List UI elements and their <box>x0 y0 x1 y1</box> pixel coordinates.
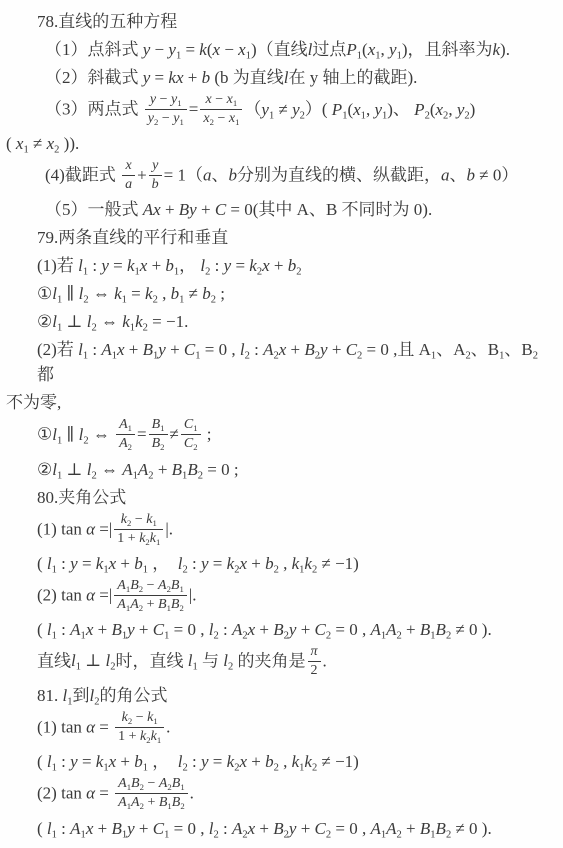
math-expression: l2 <box>90 686 100 705</box>
text-run: ）( <box>305 100 332 119</box>
text-run: （3）两点式 <box>45 100 143 119</box>
math-expression: + <box>137 166 147 185</box>
upright-math: B1 <box>488 340 505 359</box>
text-run: （ <box>244 100 261 119</box>
math-expression: ( x1 ≠ x2 )). <box>6 134 79 153</box>
math-expression: l1 ⊥ l2 ⇔ k1k2 = −1. <box>52 312 188 331</box>
math-expression: b <box>229 166 238 185</box>
upright-math: A1 <box>419 340 437 359</box>
fraction: A1B2 − A2B1A1A2 + B1B2 <box>114 578 187 613</box>
math-expression: |. <box>189 585 197 604</box>
text-run: 、 <box>393 100 414 119</box>
formula-line-21: 直线l1 ⊥ l2时，直线 l1 与 l2 的夹角是π2. <box>0 645 559 680</box>
text-run: (其中 A、B 不同时为 0). <box>253 200 432 219</box>
fraction: B1B2 <box>149 417 168 452</box>
formula-line-9: (1)若 l1 : y = k1x + b1， l2 : y = k2x + b… <box>0 253 559 278</box>
formula-line-1: 78.直线的五种方程 <box>0 9 559 34</box>
math-expression: ( l1 : A1x + B1y + C1 = 0 , l2 : A2x + B… <box>37 620 492 639</box>
math-expression: α =| <box>86 519 112 538</box>
formula-line-10: ①l1 ∥ l2 ⇔ k1 = k2 , b1 ≠ b2 ; <box>0 281 559 306</box>
text-run: ① <box>37 425 52 444</box>
math-expression: α = <box>86 784 113 803</box>
text-run: 、 <box>436 340 453 359</box>
math-expression: y − y1 = k(x − x1) <box>143 40 257 59</box>
formula-line-22: 81. l1到l2的角公式 <box>0 683 559 708</box>
text-run: 到 <box>73 686 90 705</box>
text-run: （1）点斜式 <box>45 40 143 59</box>
text-run: 直线 <box>37 651 71 670</box>
text-run: 不为零, <box>6 393 61 412</box>
text-run: (2) <box>37 585 61 604</box>
text-run: ， <box>179 256 200 275</box>
text-run: (1) <box>37 519 61 538</box>
math-expression: . <box>190 784 194 803</box>
math-expression: P1(x1, y1) <box>346 40 407 59</box>
text-run: (2) <box>37 784 61 803</box>
fraction: x − x1x2 − x1 <box>200 92 242 127</box>
upright-math: B2 <box>521 340 538 359</box>
upright-math: tan <box>61 784 86 803</box>
math-expression: y = kx + b <box>143 68 210 87</box>
formula-line-6: (4)截距式 xa+yb= 1（a、b分别为直线的横、纵截距，a、b ≠ 0） <box>0 159 559 194</box>
formula-line-4: （3）两点式 y − y1y2 − y1=x − x1x2 − x1（y1 ≠ … <box>0 93 559 128</box>
text-run: (1) <box>37 718 61 737</box>
upright-math: tan <box>61 519 86 538</box>
formula-line-16: 80.夹角公式 <box>0 485 559 510</box>
math-expression: b ≠ 0 <box>467 166 502 185</box>
fraction: A1B2 − A2B1A1A2 + B1B2 <box>115 776 188 811</box>
fraction: k2 − k11 + k2k1 <box>114 512 163 547</box>
text-run: ② <box>37 460 52 479</box>
text-run: 79.两条直线的平行和垂直 <box>37 228 228 247</box>
text-run: ） <box>501 166 518 185</box>
document-page: 78.直线的五种方程（1）点斜式 y − y1 = k(x − x1)（直线l过… <box>0 0 563 848</box>
formula-line-20: ( l1 : A1x + B1y + C1 = 0 , l2 : A2x + B… <box>0 617 559 642</box>
math-expression: l1 <box>188 651 198 670</box>
text-run: （ <box>186 166 203 185</box>
math-expression: ≠ <box>170 425 179 444</box>
fraction: π2 <box>308 644 321 679</box>
math-expression: l2 : y = k2x + b2 <box>200 256 301 275</box>
formula-line-15: ②l1 ⊥ l2 ⇔ A1A2 + B1B2 = 0 ; <box>0 457 559 482</box>
math-expression: |. <box>165 519 173 538</box>
text-run: 的夹角是 <box>233 651 305 670</box>
text-run: 过点 <box>312 40 346 59</box>
formula-line-13: 不为零, <box>0 390 559 415</box>
text-run: (1)若 <box>37 256 78 275</box>
formula-line-25: (2) tan α = A1B2 − A2B1A1A2 + B1B2. <box>0 777 559 812</box>
fraction: C1C2 <box>181 417 201 452</box>
math-expression: = <box>137 425 147 444</box>
formula-line-12: (2)若 l1 : A1x + B1y + C1 = 0 , l2 : A2x … <box>0 337 559 387</box>
formula-line-2: （1）点斜式 y − y1 = k(x − x1)（直线l过点P1(x1, y1… <box>0 37 559 62</box>
formula-line-17: (1) tan α =|k2 − k11 + k2k1|. <box>0 513 559 548</box>
math-expression: y1 ≠ y2 <box>261 100 304 119</box>
text-run: 的角公式 <box>100 686 168 705</box>
math-expression: = <box>189 100 199 119</box>
math-expression: l1 : A1x + B1y + C1 = 0 , l2 : A2x + B2y… <box>78 340 397 359</box>
formula-line-8: 79.两条直线的平行和垂直 <box>0 225 559 250</box>
formula-line-11: ②l1 ⊥ l2 ⇔ k1k2 = −1. <box>0 309 559 334</box>
text-run: （直线 <box>257 40 308 59</box>
text-run: 81. <box>37 686 63 705</box>
math-expression: P2(x2, y2) <box>414 100 475 119</box>
text-run: ① <box>37 284 52 303</box>
formula-line-23: (1) tan α = k2 − k11 + k2k1. <box>0 711 559 746</box>
text-run: 与 <box>198 651 224 670</box>
text-run: （2）斜截式 <box>45 68 143 87</box>
formula-line-26: ( l1 : A1x + B1y + C1 = 0 , l2 : A2x + B… <box>0 816 559 841</box>
math-expression: P1(x1, y1) <box>332 100 393 119</box>
formula-line-3: （2）斜截式 y = kx + b (b 为直线l在 y 轴上的截距). <box>0 65 559 90</box>
text-run: 时，直线 <box>116 651 188 670</box>
math-expression: l1 ∥ l2 ⇔ k1 = k2 , b1 ≠ b2 ; <box>52 284 225 303</box>
text-run: ，且斜率为 <box>408 40 493 59</box>
math-expression: α =| <box>86 585 112 604</box>
math-expression: k <box>493 40 501 59</box>
math-expression: l1 ⊥ l2 <box>71 651 116 670</box>
text-run: (b 为直线 <box>210 68 284 87</box>
text-run: 且 <box>397 340 418 359</box>
formula-line-7: （5）一般式 Ax + By + C = 0(其中 A、B 不同时为 0). <box>0 197 559 222</box>
math-expression: l1 : y = k1x + b1 <box>78 256 179 275</box>
formula-line-18: ( l1 : y = k1x + b1 ， l2 : y = k2x + b2 … <box>0 551 559 576</box>
math-expression: l1 ⊥ l2 ⇔ A1A2 + B1B2 = 0 ; <box>52 460 238 479</box>
math-expression: a <box>203 166 212 185</box>
text-run: (4)截距式 <box>45 166 120 185</box>
upright-math: tan <box>61 718 86 737</box>
math-expression: ( l1 : A1x + B1y + C1 = 0 , l2 : A2x + B… <box>37 819 492 838</box>
formula-line-5: ( x1 ≠ x2 )). <box>0 131 559 156</box>
math-expression: l1 ∥ l2 ⇔ <box>52 425 114 444</box>
text-run: （5）一般式 <box>45 200 143 219</box>
math-expression: . <box>166 718 170 737</box>
text-run: 80.夹角公式 <box>37 488 126 507</box>
upright-math: tan <box>61 585 86 604</box>
text-run: . <box>323 651 327 670</box>
text-run: 78.直线的五种方程 <box>37 12 177 31</box>
text-run: 分别为直线的横、纵截距， <box>237 166 441 185</box>
math-expression: ( l1 : y = k1x + b1 ， l2 : y = k2x + b2 … <box>37 752 359 771</box>
text-run: (2)若 <box>37 340 78 359</box>
formula-sheet: 78.直线的五种方程（1）点斜式 y − y1 = k(x − x1)（直线l过… <box>0 9 559 841</box>
text-run: 在 y 轴上的截距). <box>288 68 417 87</box>
math-expression: Ax + By + C = 0 <box>143 200 253 219</box>
math-expression: l1 <box>63 686 73 705</box>
formula-line-24: ( l1 : y = k1x + b1 ， l2 : y = k2x + b2 … <box>0 749 559 774</box>
text-run: 、 <box>450 166 467 185</box>
fraction: y − y1y2 − y1 <box>145 92 187 127</box>
math-expression: = 1 <box>164 166 186 185</box>
text-run: ). <box>500 40 510 59</box>
math-expression: ( l1 : y = k1x + b1 ， l2 : y = k2x + b2 … <box>37 554 359 573</box>
fraction: yb <box>149 158 162 193</box>
math-expression: a <box>441 166 450 185</box>
formula-line-19: (2) tan α =|A1B2 − A2B1A1A2 + B1B2|. <box>0 579 559 614</box>
text-run: 、 <box>212 166 229 185</box>
math-expression: l2 <box>223 651 233 670</box>
fraction: k2 − k11 + k2k1 <box>115 710 164 745</box>
math-expression: ; <box>203 425 212 444</box>
text-run: ② <box>37 312 52 331</box>
text-run: 、 <box>471 340 488 359</box>
text-run: 、 <box>504 340 521 359</box>
fraction: xa <box>122 158 135 193</box>
upright-math: A2 <box>453 340 471 359</box>
math-expression: α = <box>86 718 113 737</box>
fraction: A1A2 <box>116 417 135 452</box>
formula-line-14: ①l1 ∥ l2 ⇔ A1A2=B1B2≠C1C2 ; <box>0 418 559 453</box>
